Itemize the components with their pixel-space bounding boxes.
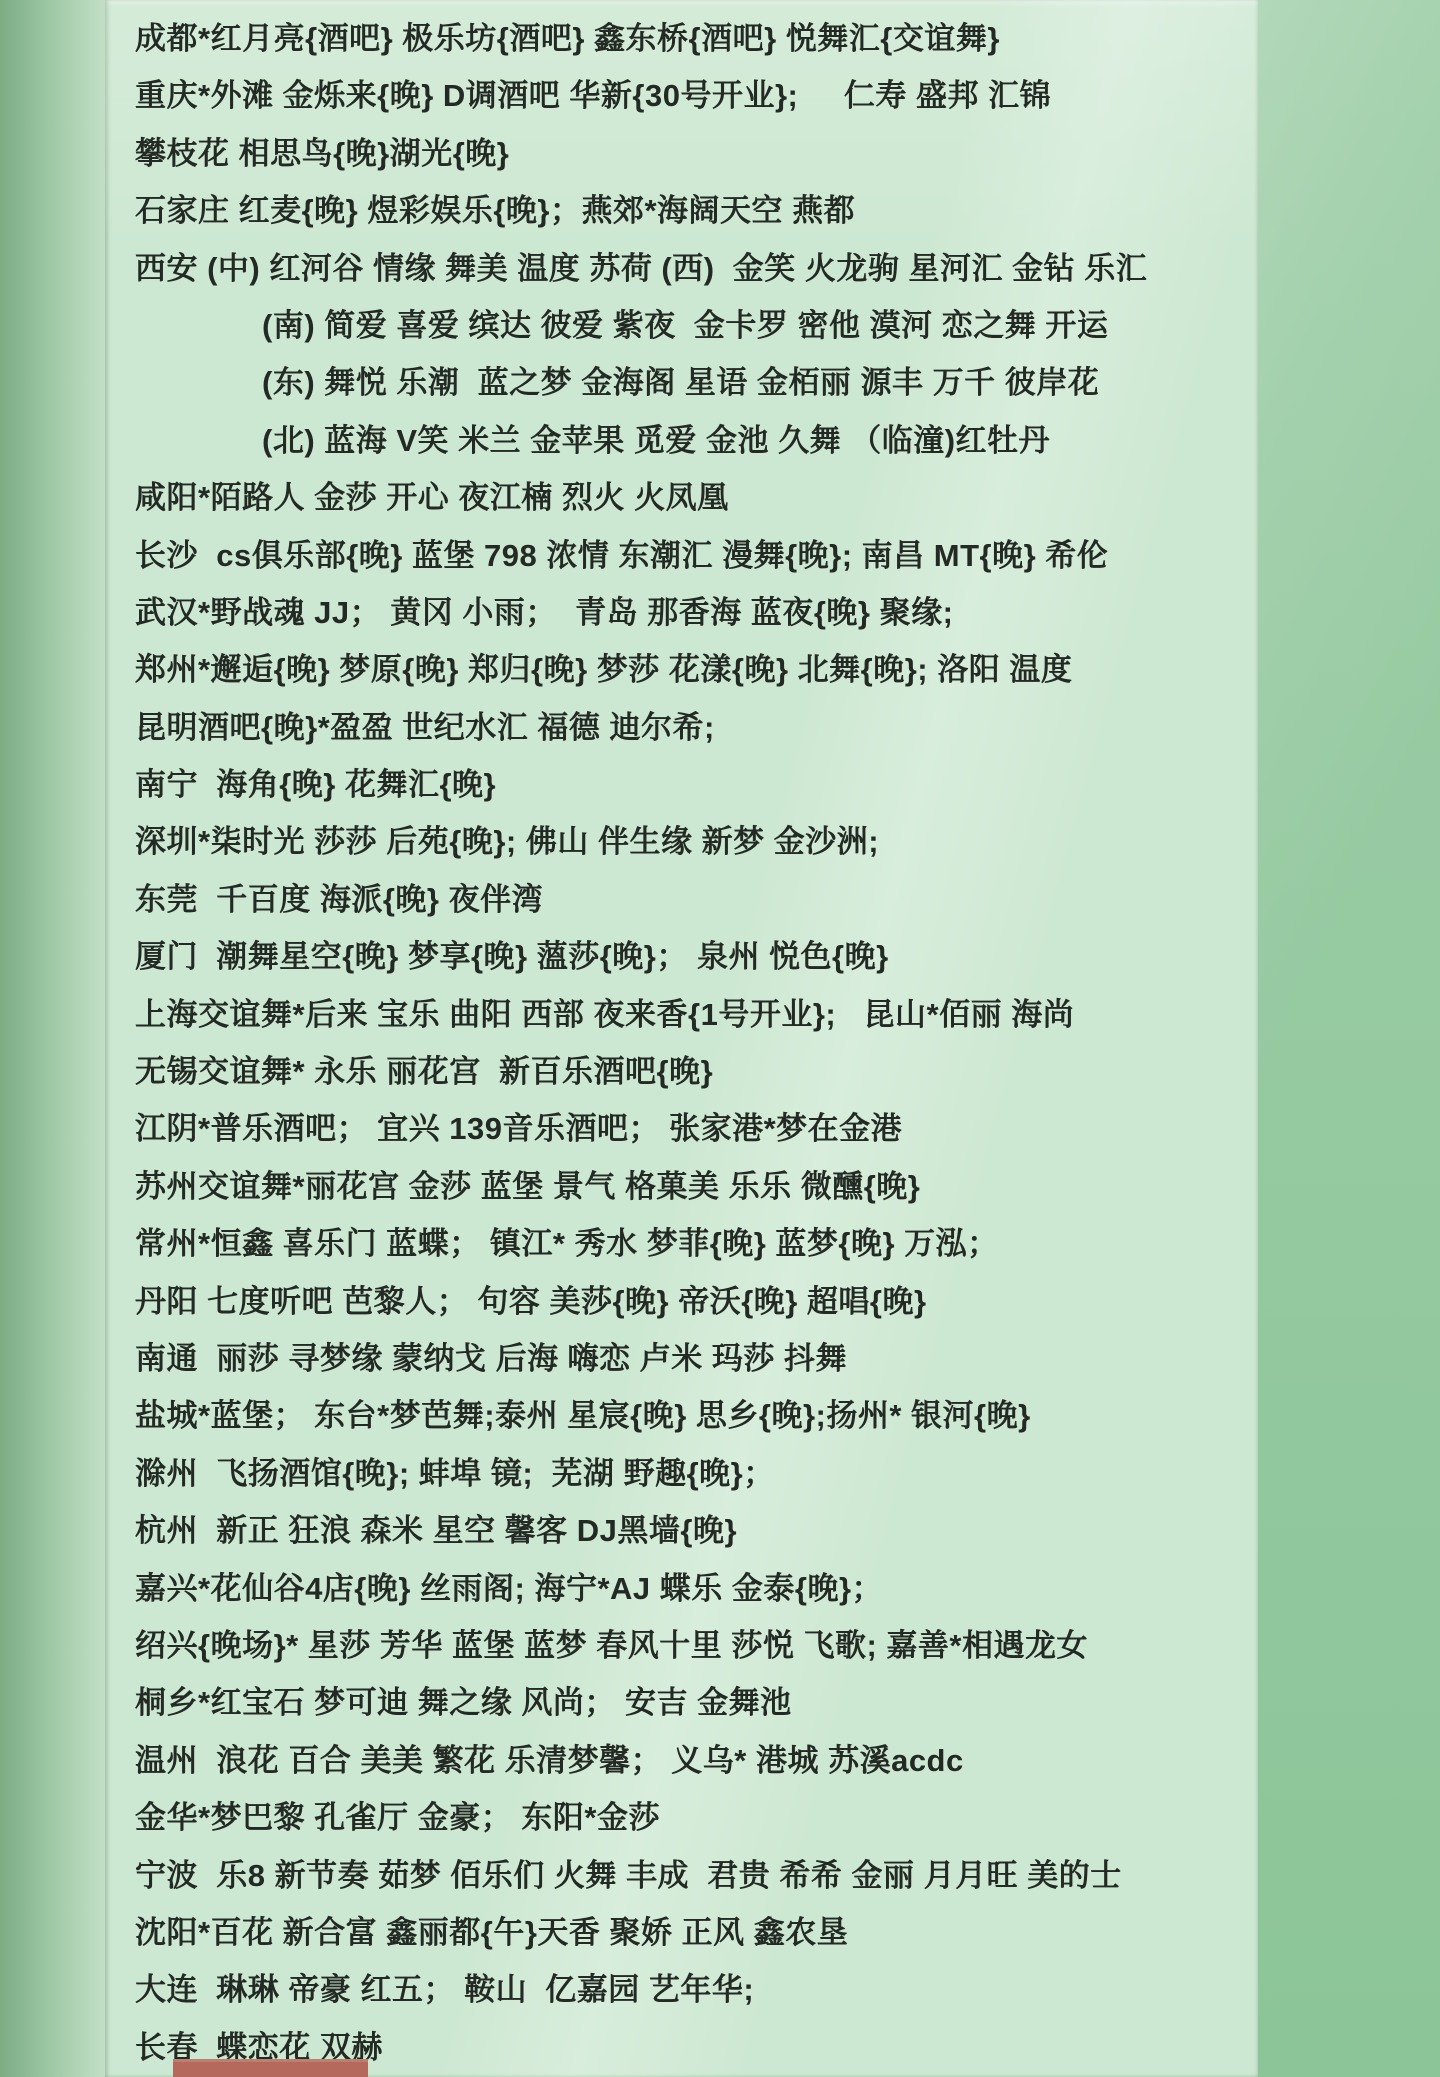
background-right-strip — [1258, 0, 1440, 2077]
venue-line: 常州*恒鑫 喜乐门 蓝蝶； 镇江* 秀水 梦菲{晚} 蓝梦{晚} 万泓； — [135, 1215, 1244, 1272]
venue-line: 桐乡*红宝石 梦可迪 舞之缘 风尚； 安吉 金舞池 — [135, 1674, 1244, 1731]
venue-line: 长沙 cs俱乐部{晚} 蓝堡 798 浓情 东潮汇 漫舞{晚}; 南昌 MT{晚… — [135, 527, 1244, 584]
red-underline-bar — [173, 2059, 368, 2077]
venue-line: 重庆*外滩 金烁来{晚} D调酒吧 华新{30号开业}; 仁寿 盛邦 汇锦 — [135, 67, 1244, 124]
venue-line: (北) 蓝海 V笑 米兰 金苹果 觅爱 金池 久舞 （临潼)红牡丹 — [135, 412, 1244, 469]
venue-line: 江阴*普乐酒吧； 宜兴 139音乐酒吧； 张家港*梦在金港 — [135, 1100, 1244, 1157]
venue-line: 攀枝花 相思鸟{晚}湖光{晚} — [135, 125, 1244, 182]
venue-line: 武汉*野战魂 JJ； 黄冈 小雨； 青岛 那香海 蓝夜{晚} 聚缘; — [135, 584, 1244, 641]
background-left-strip — [0, 0, 105, 2077]
venue-line: 宁波 乐8 新节奏 茹梦 佰乐们 火舞 丰成 君贵 希希 金丽 月月旺 美的士 — [135, 1847, 1244, 1904]
venue-list-panel: 成都*红月亮{酒吧} 极乐坊{酒吧} 鑫东桥{酒吧} 悦舞汇{交谊舞}重庆*外滩… — [105, 0, 1258, 2077]
venue-line: 咸阳*陌路人 金莎 开心 夜江楠 烈火 火凤凰 — [135, 469, 1244, 526]
venue-line: 绍兴{晚场}* 星莎 芳华 蓝堡 蓝梦 春风十里 莎悦 飞歌; 嘉善*相遇龙女 — [135, 1617, 1244, 1674]
venue-line: (东) 舞悦 乐潮 蓝之梦 金海阁 星语 金栢丽 源丰 万千 彼岸花 — [135, 354, 1244, 411]
venue-line: 深圳*柒时光 莎莎 后苑{晚}; 佛山 伴生缘 新梦 金沙洲; — [135, 813, 1244, 870]
venue-line: 昆明酒吧{晚}*盈盈 世纪水汇 福德 迪尔希; — [135, 699, 1244, 756]
venue-line: 上海交谊舞*后来 宝乐 曲阳 西部 夜来香{1号开业}; 昆山*佰丽 海尚 — [135, 986, 1244, 1043]
venue-line: 杭州 新正 狂浪 森米 星空 馨客 DJ黑墙{晚} — [135, 1502, 1244, 1559]
venue-line: 苏州交谊舞*丽花宫 金莎 蓝堡 景气 格菓美 乐乐 微醺{晚} — [135, 1158, 1244, 1215]
venue-line: 沈阳*百花 新合富 鑫丽都{午}天香 聚娇 正风 鑫农垦 — [135, 1904, 1244, 1961]
venue-line: 嘉兴*花仙谷4店{晚} 丝雨阁; 海宁*AJ 蝶乐 金泰{晚}； — [135, 1560, 1244, 1617]
venue-line: 郑州*邂逅{晚} 梦原{晚} 郑归{晚} 梦莎 花漾{晚} 北舞{晚}; 洛阳 … — [135, 641, 1244, 698]
venue-line: 成都*红月亮{酒吧} 极乐坊{酒吧} 鑫东桥{酒吧} 悦舞汇{交谊舞} — [135, 10, 1244, 67]
venue-line: 西安 (中) 红河谷 情缘 舞美 温度 苏荷 (西) 金笑 火龙驹 星河汇 金钻… — [135, 240, 1244, 297]
venue-line: 温州 浪花 百合 美美 繁花 乐清梦馨； 义乌* 港城 苏溪acdc — [135, 1732, 1244, 1789]
venue-line: 南宁 海角{晚} 花舞汇{晚} — [135, 756, 1244, 813]
venue-line: 丹阳 七度听吧 芭黎人； 句容 美莎{晚} 帝沃{晚} 超唱{晚} — [135, 1273, 1244, 1330]
venue-line: 无锡交谊舞* 永乐 丽花宫 新百乐酒吧{晚} — [135, 1043, 1244, 1100]
venue-line: 东莞 千百度 海派{晚} 夜伴湾 — [135, 871, 1244, 928]
venue-line: 石家庄 红麦{晚} 煜彩娱乐{晚}；燕郊*海阔天空 燕都 — [135, 182, 1244, 239]
venue-line: 滁州 飞扬酒馆{晚}; 蚌埠 镜; 芜湖 野趣{晚}； — [135, 1445, 1244, 1502]
venue-line: 厦门 潮舞星空{晚} 梦享{晚} 薀莎{晚}； 泉州 悦色{晚} — [135, 928, 1244, 985]
venue-line: 金华*梦巴黎 孔雀厅 金豪； 东阳*金莎 — [135, 1789, 1244, 1846]
venue-list: 成都*红月亮{酒吧} 极乐坊{酒吧} 鑫东桥{酒吧} 悦舞汇{交谊舞}重庆*外滩… — [105, 0, 1258, 2076]
venue-line: 大连 琳琳 帝豪 红五； 鞍山 亿嘉园 艺年华; — [135, 1961, 1244, 2018]
venue-line: (南) 简爱 喜爱 缤达 彼爱 紫夜 金卡罗 密他 漠河 恋之舞 开运 — [135, 297, 1244, 354]
venue-line: 南通 丽莎 寻梦缘 蒙纳戈 后海 嗨恋 卢米 玛莎 抖舞 — [135, 1330, 1244, 1387]
venue-line: 盐城*蓝堡； 东台*梦芭舞;泰州 星宸{晚} 思乡{晚};扬州* 银河{晚} — [135, 1387, 1244, 1444]
